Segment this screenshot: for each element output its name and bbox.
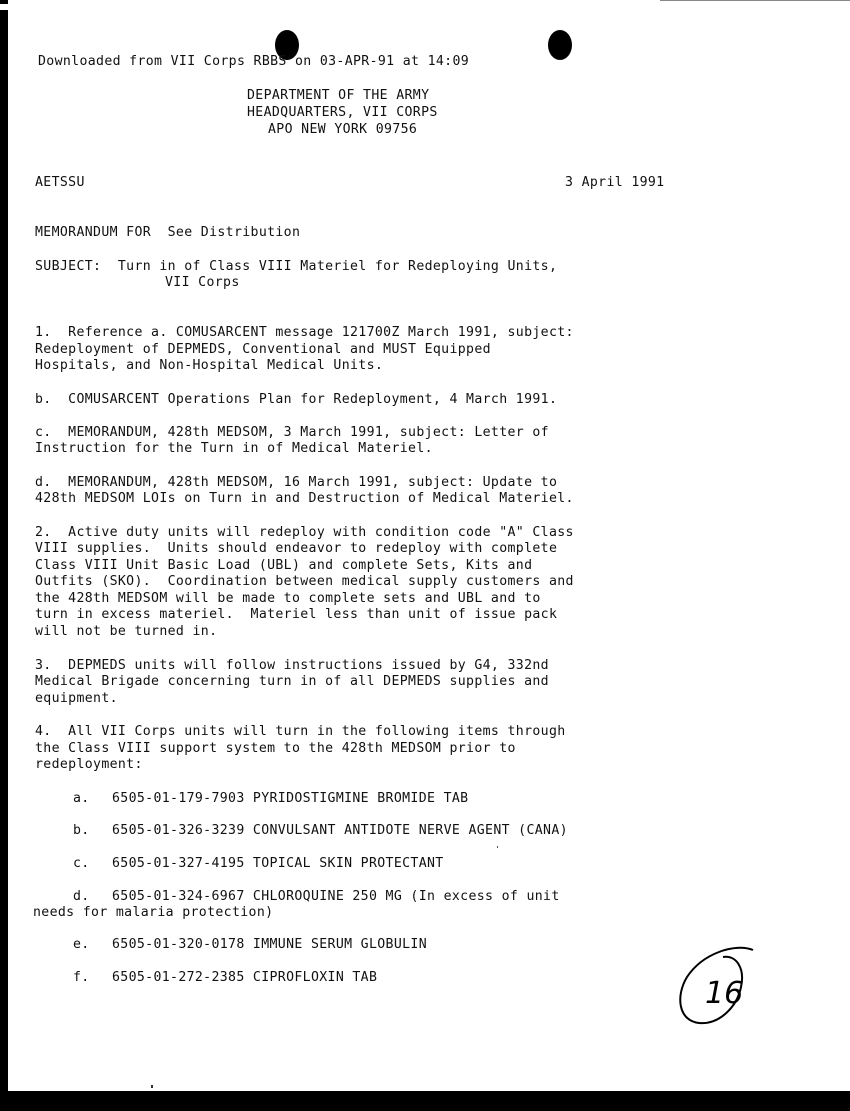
letterhead-line-2: HEADQUARTERS, VII CORPS bbox=[247, 105, 438, 121]
scan-left-border bbox=[0, 0, 8, 1111]
memo-date: 3 April 1991 bbox=[565, 175, 664, 191]
item-e-letter: e. bbox=[73, 937, 90, 953]
reference-b: b. COMUSARCENT Operations Plan for Redep… bbox=[35, 392, 557, 408]
item-d-letter: d. bbox=[73, 889, 90, 905]
scan-bottom-border bbox=[0, 1091, 850, 1111]
paragraph-2-line-1: 2. Active duty units will redeploy with … bbox=[35, 525, 574, 541]
item-b-text: 6505-01-326-3239 CONVULSANT ANTIDOTE NER… bbox=[112, 823, 568, 839]
item-c-text: 6505-01-327-4195 TOPICAL SKIN PROTECTANT bbox=[112, 856, 444, 872]
scan-top-rule bbox=[660, 0, 850, 1]
subject-line-1: SUBJECT: Turn in of Class VIII Materiel … bbox=[35, 259, 557, 275]
item-a-letter: a. bbox=[73, 791, 90, 807]
reference-c-line-2: Instruction for the Turn in of Medical M… bbox=[35, 441, 433, 457]
office-symbol: AETSSU bbox=[35, 175, 85, 191]
paragraph-3-line-2: Medical Brigade concerning turn in of al… bbox=[35, 674, 549, 690]
letterhead-line-1: DEPARTMENT OF THE ARMY bbox=[247, 88, 429, 104]
item-b-letter: b. bbox=[73, 823, 90, 839]
item-c-letter: c. bbox=[73, 856, 90, 872]
item-e-text: 6505-01-320-0178 IMMUNE SERUM GLOBULIN bbox=[112, 937, 427, 953]
scan-speck-2 bbox=[497, 846, 498, 848]
reference-d-line-1: d. MEMORANDUM, 428th MEDSOM, 16 March 19… bbox=[35, 475, 557, 491]
paragraph-2-line-6: turn in excess materiel. Materiel less t… bbox=[35, 607, 557, 623]
memo-for: MEMORANDUM FOR See Distribution bbox=[35, 225, 300, 241]
paragraph-4-line-3: redeployment: bbox=[35, 757, 143, 773]
punch-hole-right bbox=[548, 30, 572, 60]
reference-a-line-1: 1. Reference a. COMUSARCENT message 1217… bbox=[35, 325, 574, 341]
paragraph-3-line-1: 3. DEPMEDS units will follow instruction… bbox=[35, 658, 549, 674]
reference-d-line-2: 428th MEDSOM LOIs on Turn in and Destruc… bbox=[35, 491, 574, 507]
paragraph-2-line-2: VIII supplies. Units should endeavor to … bbox=[35, 541, 557, 557]
paragraph-2-line-4: Outfits (SKO). Coordination between medi… bbox=[35, 574, 574, 590]
item-a-text: 6505-01-179-7903 PYRIDOSTIGMINE BROMIDE … bbox=[112, 791, 468, 807]
paragraph-3-line-3: equipment. bbox=[35, 691, 118, 707]
paragraph-2-line-5: the 428th MEDSOM will be made to complet… bbox=[35, 591, 541, 607]
handwritten-page-number-circle: 16 bbox=[675, 945, 765, 1025]
download-line: Downloaded from VII Corps RBBS on 03-APR… bbox=[38, 54, 469, 70]
reference-a-line-3: Hospitals, and Non-Hospital Medical Unit… bbox=[35, 358, 383, 374]
item-f-letter: f. bbox=[73, 970, 90, 986]
page-mark-text: 16 bbox=[705, 976, 743, 1011]
paragraph-2-line-7: will not be turned in. bbox=[35, 624, 217, 640]
item-d-continuation: needs for malaria protection) bbox=[33, 905, 273, 921]
paragraph-4-line-1: 4. All VII Corps units will turn in the … bbox=[35, 724, 566, 740]
reference-a-line-2: Redeployment of DEPMEDS, Conventional an… bbox=[35, 342, 491, 358]
paragraph-4-line-2: the Class VIII support system to the 428… bbox=[35, 741, 516, 757]
scan-speck bbox=[151, 1085, 153, 1088]
scan-border-notch bbox=[0, 4, 8, 10]
paragraph-2-line-3: Class VIII Unit Basic Load (UBL) and com… bbox=[35, 558, 532, 574]
letterhead-line-3: APO NEW YORK 09756 bbox=[268, 122, 417, 138]
reference-c-line-1: c. MEMORANDUM, 428th MEDSOM, 3 March 199… bbox=[35, 425, 549, 441]
item-f-text: 6505-01-272-2385 CIPROFLOXIN TAB bbox=[112, 970, 377, 986]
item-d-text: 6505-01-324-6967 CHLOROQUINE 250 MG (In … bbox=[112, 889, 560, 905]
subject-line-2: VII Corps bbox=[165, 275, 240, 291]
